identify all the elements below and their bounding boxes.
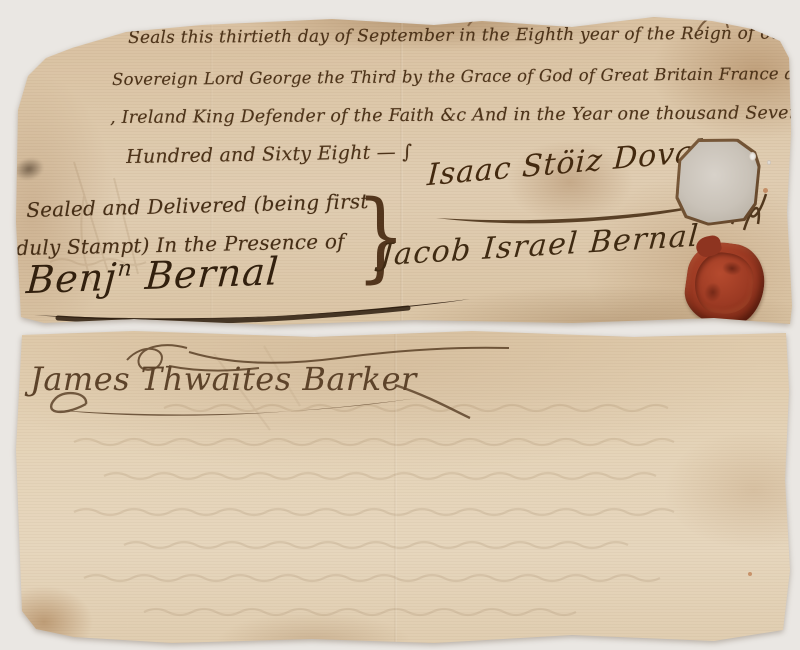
- paper-hole: [749, 152, 756, 161]
- paper-upper: Seals this thirtieth day of September in…: [14, 12, 794, 330]
- signature-flourish-benjamin: [28, 294, 478, 328]
- document-upper-half: Seals this thirtieth day of September in…: [14, 12, 794, 330]
- embossed-paper-seal: [674, 137, 761, 228]
- embossed-paper-seal-face: [678, 140, 759, 225]
- document-lower-half: James Thwaites Barker: [14, 330, 792, 646]
- signature-benjamin-rest: Bernal: [131, 249, 281, 298]
- paper-hole: [767, 160, 771, 165]
- foxing-spot: [763, 188, 768, 193]
- paper-lower: James Thwaites Barker: [14, 330, 792, 646]
- signature-flourish-barker: [38, 382, 486, 438]
- photograph-background: Seals this thirtieth day of September in…: [0, 0, 800, 650]
- foxing-spot: [748, 572, 752, 576]
